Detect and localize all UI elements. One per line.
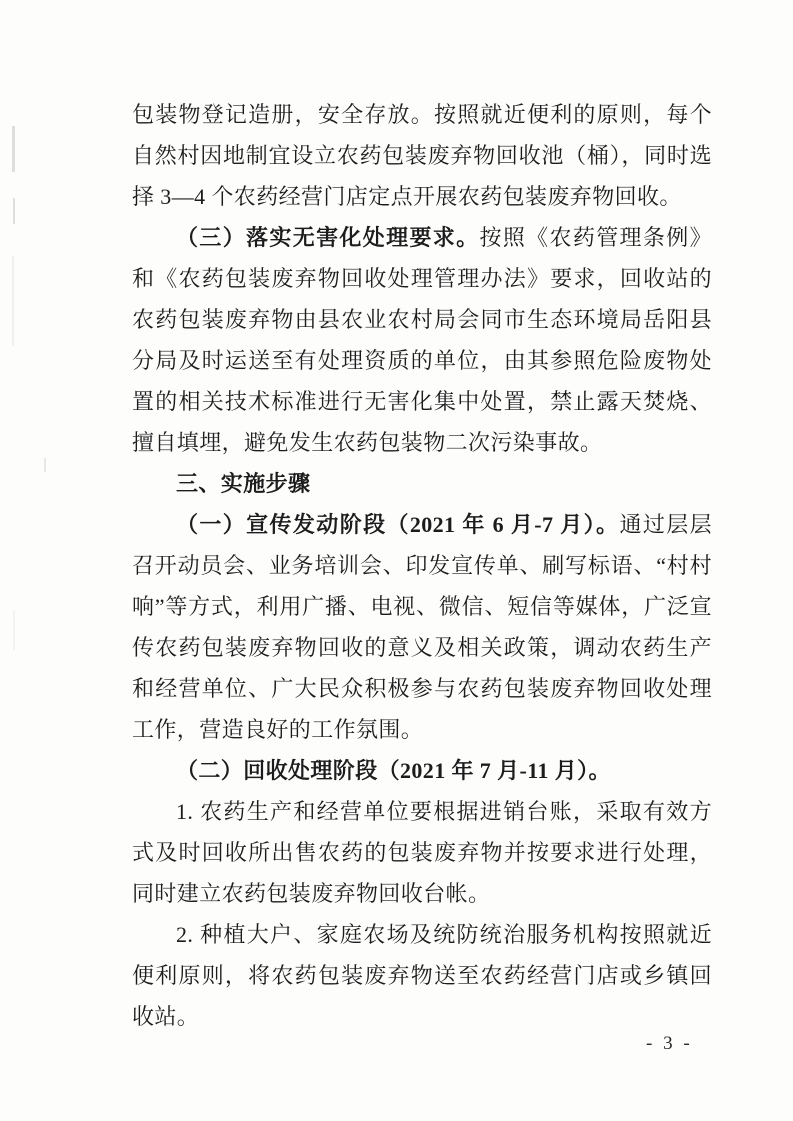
scan-artifact — [44, 458, 46, 472]
paragraph-text: 通过层层召开动员会、业务培训会、印发宣传单、刷写标语、“村村响”等方式，利用广播… — [132, 512, 712, 742]
heading-bold-text: 三、实施步骤 — [176, 471, 310, 496]
body-paragraph-continuation: 包装物登记造册，安全存放。按照就近便利的原则，每个自然村因地制宜设立农药包装废弃… — [132, 94, 712, 217]
scan-artifact — [13, 610, 15, 650]
body-paragraph-section-3: （三）落实无害化处理要求。按照《农药管理条例》和《农药包装废弃物回收处理管理办法… — [132, 217, 712, 463]
document-page: 包装物登记造册，安全存放。按照就近便利的原则，每个自然村因地制宜设立农药包装废弃… — [0, 0, 793, 1121]
heading-bold-text: （二）回收处理阶段（2021 年 7 月-11 月）。 — [176, 758, 611, 783]
scan-artifact — [13, 198, 15, 224]
body-paragraph-item-2: 2. 种植大户、家庭农场及统防统治服务机构按照就近便利原则，将农药包装废弃物送至… — [132, 914, 712, 1037]
scan-artifact — [12, 256, 14, 346]
body-paragraph-item-1: 1. 农药生产和经营单位要根据进销台账，采取有效方式及时回收所出售农药的包装废弃… — [132, 791, 712, 914]
paragraph-text: 按照《农药管理条例》和《农药包装废弃物回收处理管理办法》要求，回收站的农药包装废… — [132, 225, 712, 455]
heading-phase-2: （二）回收处理阶段（2021 年 7 月-11 月）。 — [132, 750, 712, 791]
body-paragraph-phase-1: （一）宣传发动阶段（2021 年 6 月-7 月）。通过层层召开动员会、业务培训… — [132, 504, 712, 750]
heading-implementation-steps: 三、实施步骤 — [132, 463, 712, 504]
paragraph-bold-lead: （三）落实无害化处理要求。 — [176, 225, 479, 250]
paragraph-text: 包装物登记造册，安全存放。按照就近便利的原则，每个自然村因地制宜设立农药包装废弃… — [132, 102, 712, 209]
paragraph-text: 2. 种植大户、家庭农场及统防统治服务机构按照就近便利原则，将农药包装废弃物送至… — [132, 922, 712, 1029]
paragraph-text: 1. 农药生产和经营单位要根据进销台账，采取有效方式及时回收所出售农药的包装废弃… — [132, 799, 712, 906]
document-body: 包装物登记造册，安全存放。按照就近便利的原则，每个自然村因地制宜设立农药包装废弃… — [132, 94, 712, 1037]
page-number: - 3 - — [646, 1033, 693, 1055]
paragraph-bold-lead: （一）宣传发动阶段（2021 年 6 月-7 月）。 — [176, 512, 619, 537]
scan-artifact — [12, 126, 15, 172]
